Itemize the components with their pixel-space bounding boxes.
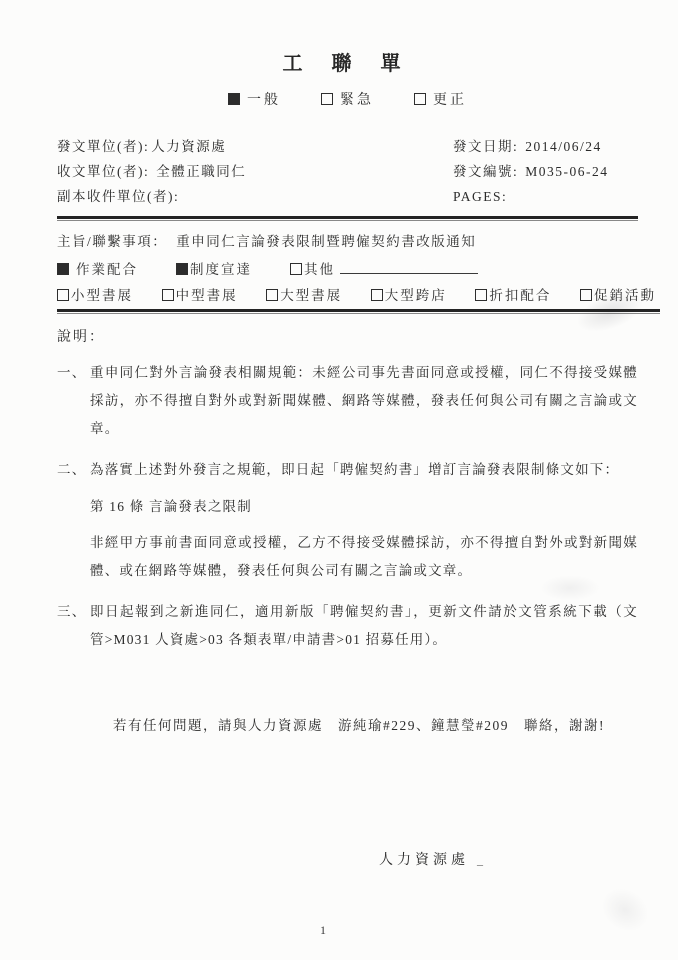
category-large-fair-label: 大型書展: [280, 288, 342, 303]
category-small-fair-label: 小型書展: [71, 288, 133, 303]
checkbox-promotion-icon: [580, 289, 592, 301]
field-issue-number: 發文編號:M035-06-24: [453, 159, 638, 184]
category-small-fair: 小型書展: [57, 284, 133, 304]
field-receiving-unit-value: 全體正職同仁: [156, 164, 246, 179]
field-sending-unit-label: 發文單位(者):: [57, 139, 149, 154]
field-issue-date-value: 2014/06/24: [525, 139, 602, 154]
type-option-general: 一般: [228, 89, 281, 109]
header-fields: 發文單位(者):人力資源處 發文日期:2014/06/24 收文單位(者):全體…: [57, 134, 638, 209]
field-pages: PAGES:: [453, 184, 638, 209]
subject-value: 重申同仁言論發表限制暨聘僱契約書改版通知: [176, 234, 476, 249]
category-promotion-label: 促銷活動: [594, 288, 656, 303]
category-operation-label: 作業配合: [76, 262, 138, 277]
subject-label: 主旨/聯繫事項：: [57, 234, 167, 249]
type-checkbox-row: 一般 緊急 更正: [57, 89, 638, 109]
category-other-label: 其他: [304, 262, 335, 277]
category-other: 其他: [290, 258, 478, 278]
category-medium-fair-label: 中型書展: [176, 288, 238, 303]
type-option-urgent-label: 緊急: [340, 93, 374, 108]
checkbox-correction-icon: [414, 93, 426, 105]
checkbox-medium-fair-icon: [162, 289, 174, 301]
contact-line: 若有任何問題，請與人力資源處 游純瑜#229、鐘慧瑩#209 聯絡，謝謝!: [113, 714, 638, 734]
explanation-item-3: 三、 即日起報到之新進同仁，適用新版「聘僱契約書」，更新文件請於文管系統下載（文…: [57, 598, 638, 654]
category-discount-label: 折扣配合: [489, 288, 551, 303]
item-2-number: 二、: [57, 456, 90, 484]
category-operation: 作業配合: [57, 258, 138, 278]
category-policy-label: 制度宣達: [190, 262, 252, 277]
checkbox-discount-icon: [475, 289, 487, 301]
checkbox-operation-icon: [57, 263, 69, 275]
category-medium-fair: 中型書展: [162, 284, 238, 304]
category-cross-store: 大型跨店: [371, 284, 447, 304]
field-cc-unit: 副本收件單位(者):: [57, 184, 453, 209]
field-issue-date: 發文日期:2014/06/24: [453, 134, 638, 159]
category-discount: 折扣配合: [475, 284, 551, 304]
type-option-general-label: 一般: [247, 93, 281, 108]
explanation-item-2: 二、 為落實上述對外發言之規範，即日起「聘僱契約書」增訂言論發表限制條文如下：: [57, 456, 638, 484]
field-sending-unit: 發文單位(者):人力資源處: [57, 134, 453, 159]
field-receiving-unit: 收文單位(者):全體正職同仁: [57, 159, 453, 184]
field-sending-unit-value: 人力資源處: [151, 139, 226, 154]
item-1-text: 重申同仁對外言論發表相關規範：未經公司事先書面同意或授權，同仁不得接受媒體採訪，…: [90, 359, 638, 443]
other-blank-line: [340, 262, 478, 274]
checkbox-urgent-icon: [321, 93, 333, 105]
category-policy: 制度宣達: [176, 258, 252, 278]
page-number: 1: [0, 923, 646, 938]
category-large-fair: 大型書展: [266, 284, 342, 304]
category-promotion: 促銷活動: [580, 284, 656, 304]
checkbox-general-icon: [228, 93, 240, 105]
checkbox-small-fair-icon: [57, 289, 69, 301]
field-receiving-unit-label: 收文單位(者):: [57, 164, 149, 179]
divider-rule-top: [57, 216, 638, 219]
checkbox-large-fair-icon: [266, 289, 278, 301]
category-row-2: 小型書展 中型書展 大型書展 大型跨店 折扣配合 促銷活動: [57, 284, 656, 304]
field-cc-unit-label: 副本收件單位(者):: [57, 189, 179, 204]
item-1-number: 一、: [57, 359, 90, 443]
checkbox-policy-icon: [176, 263, 188, 275]
subject-line: 主旨/聯繫事項：重申同仁言論發表限制暨聘僱契約書改版通知: [57, 230, 638, 250]
clause-text: 非經甲方事前書面同意或授權，乙方不得接受媒體採訪，亦不得擅自對外或對新聞媒體、或…: [90, 529, 638, 585]
document-title: 工 聯 單: [57, 0, 638, 76]
document-page: 工 聯 單 一般 緊急 更正 發文單位(者):人力資源處 發文日期:2014/0…: [0, 0, 678, 960]
type-option-correction-label: 更正: [433, 93, 467, 108]
field-issue-date-label: 發文日期:: [453, 139, 518, 154]
field-pages-label: PAGES:: [453, 189, 507, 204]
type-option-correction: 更正: [414, 89, 467, 109]
field-issue-number-value: M035-06-24: [525, 164, 608, 179]
type-option-urgent: 緊急: [321, 89, 374, 109]
signature-unit: 人力資源處: [379, 853, 469, 868]
signature-block: 人力資源處_: [379, 849, 638, 869]
checkbox-other-icon: [290, 263, 302, 275]
clause-title: 第 16 條 言論發表之限制: [90, 493, 638, 521]
explanation-heading: 說明：: [57, 326, 638, 346]
explanation-item-1: 一、 重申同仁對外言論發表相關規範：未經公司事先書面同意或授權，同仁不得接受媒體…: [57, 359, 638, 443]
signature-mark: _: [477, 853, 483, 867]
checkbox-cross-store-icon: [371, 289, 383, 301]
field-issue-number-label: 發文編號:: [453, 164, 518, 179]
item-2-text: 為落實上述對外發言之規範，即日起「聘僱契約書」增訂言論發表限制條文如下：: [90, 456, 638, 484]
divider-rule-bottom: [57, 309, 660, 312]
category-row-1: 作業配合 制度宣達 其他: [57, 258, 638, 278]
item-3-number: 三、: [57, 598, 90, 654]
category-cross-store-label: 大型跨店: [385, 288, 447, 303]
item-3-text: 即日起報到之新進同仁，適用新版「聘僱契約書」，更新文件請於文管系統下載（文管>M…: [90, 598, 638, 654]
